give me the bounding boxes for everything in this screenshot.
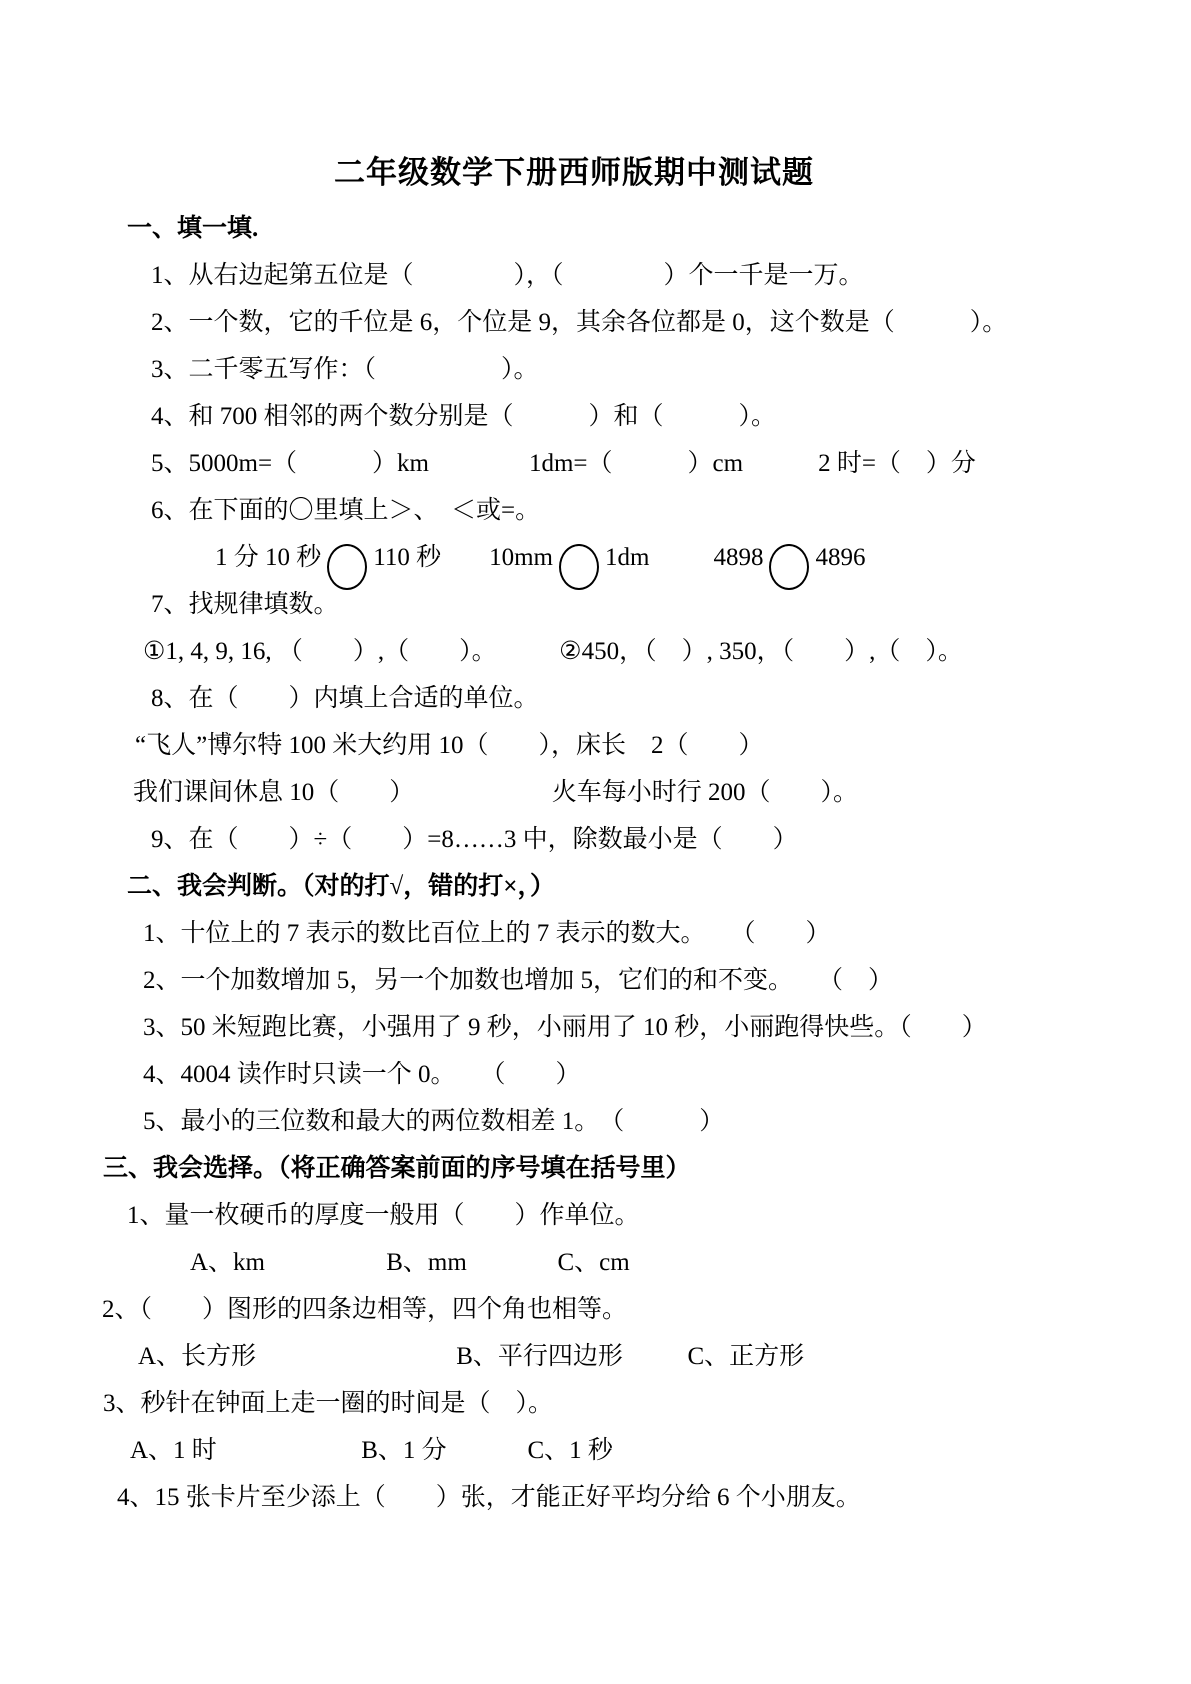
s1-q3: 3、二千零五写作：（ ）。 (127, 346, 1081, 393)
s1-q8: 8、在（ ）内填上合适的单位。 (127, 675, 1081, 722)
comparison-left-value: 4898 (713, 534, 763, 581)
s1-q7-sub: ①1, 4, 9, 16, （ ）,（ ）。 ②450，（ ）, 350，（ ）… (127, 628, 1081, 675)
s2-q1: 1、十位上的 7 表示的数比百位上的 7 表示的数大。 （ ） (127, 910, 1081, 957)
comparison-right-value: 4896 (815, 534, 865, 581)
s3-q3: 3、秒针在钟面上走一圈的时间是（ ）。 (103, 1380, 1081, 1427)
s3-q2-options: A、长方形 B、平行四边形 C、正方形 (127, 1333, 1081, 1380)
section2-heading: 二、我会判断。（对的打√，错的打×，） (127, 863, 1081, 910)
answer-circle (559, 544, 599, 590)
s1-q8-line1: “飞人”博尔特 100 米大约用 10（ ），床长 2（ ） (127, 722, 1081, 769)
section1-heading: 一、填一填. (127, 205, 1081, 252)
s1-q2: 2、一个数，它的千位是 6，个位是 9，其余各位都是 0，这个数是（ ）。 (127, 299, 1081, 346)
s1-q8-line2: 我们课间休息 10（ ） 火车每小时行 200（ ）。 (127, 769, 1081, 816)
comparison-left-value: 10mm (489, 534, 553, 581)
answer-circle (769, 544, 809, 590)
option-b: B、mm (386, 1239, 551, 1286)
s3-q3-options: A、1 时 B、1 分 C、1 秒 (127, 1427, 1081, 1474)
option-c: C、1 秒 (528, 1437, 613, 1464)
s2-q5: 5、最小的三位数和最大的两位数相差 1。 （ ） (127, 1098, 1081, 1145)
s3-q1-options: A、km B、mm C、cm (127, 1239, 1081, 1286)
s1-q4: 4、和 700 相邻的两个数分别是（ ）和（ ）。 (127, 393, 1081, 440)
option-c: C、cm (558, 1249, 630, 1276)
comparison-pair-3: 4898 4896 (713, 534, 865, 581)
page-title: 二年级数学下册西师版期中测试题 (127, 148, 1021, 198)
s2-q2: 2、一个加数增加 5，另一个加数也增加 5，它们的和不变。 （ ） (127, 957, 1081, 1004)
comparison-pair-1: 1 分 10 秒 110 秒 (215, 534, 441, 581)
s1-q5: 5、5000m=（ ）km 1dm=（ ）cm 2 时=（ ）分 (127, 440, 1081, 487)
answer-circle (327, 544, 367, 590)
s3-q4: 4、15 张卡片至少添上（ ）张，才能正好平均分给 6 个小朋友。 (117, 1474, 1081, 1521)
comparison-left-value: 1 分 10 秒 (215, 534, 321, 581)
option-a: A、1 时 (130, 1427, 355, 1474)
s3-q1: 1、量一枚硬币的厚度一般用（ ）作单位。 (127, 1192, 1081, 1239)
section3-heading: 三、我会选择。（将正确答案前面的序号填在括号里） (103, 1145, 1081, 1192)
comparison-right-value: 110 秒 (373, 534, 441, 581)
s1-q9: 9、在（ ）÷（ ）=8……3 中，除数最小是（ ） (127, 816, 1081, 863)
s2-q3: 3、50 米短跑比赛，小强用了 9 秒，小丽用了 10 秒，小丽跑得快些。（ ） (127, 1004, 1081, 1051)
s1-q6-comparison-row: 1 分 10 秒 110 秒 10mm 1dm 4898 4896 (127, 534, 1081, 581)
option-b: B、平行四边形 (456, 1333, 681, 1380)
test-paper-page: 二年级数学下册西师版期中测试题 一、填一填. 1、从右边起第五位是（ ），（ ）… (0, 0, 1191, 1684)
s2-q4: 4、4004 读作时只读一个 0。 （ ） (127, 1051, 1081, 1098)
s1-q1: 1、从右边起第五位是（ ），（ ）个一千是一万。 (127, 252, 1081, 299)
option-a: A、长方形 (138, 1333, 450, 1380)
s1-q6: 6、在下面的〇里填上＞、 ＜或=。 (127, 487, 1081, 534)
s1-q7: 7、找规律填数。 (127, 581, 1081, 628)
comparison-right-value: 1dm (605, 534, 649, 581)
comparison-pair-2: 10mm 1dm (489, 534, 649, 581)
s3-q2: 2、（ ）图形的四条边相等，四个角也相等。 (102, 1286, 1081, 1333)
option-b: B、1 分 (361, 1427, 521, 1474)
option-a: A、km (190, 1239, 380, 1286)
option-c: C、正方形 (688, 1343, 805, 1370)
